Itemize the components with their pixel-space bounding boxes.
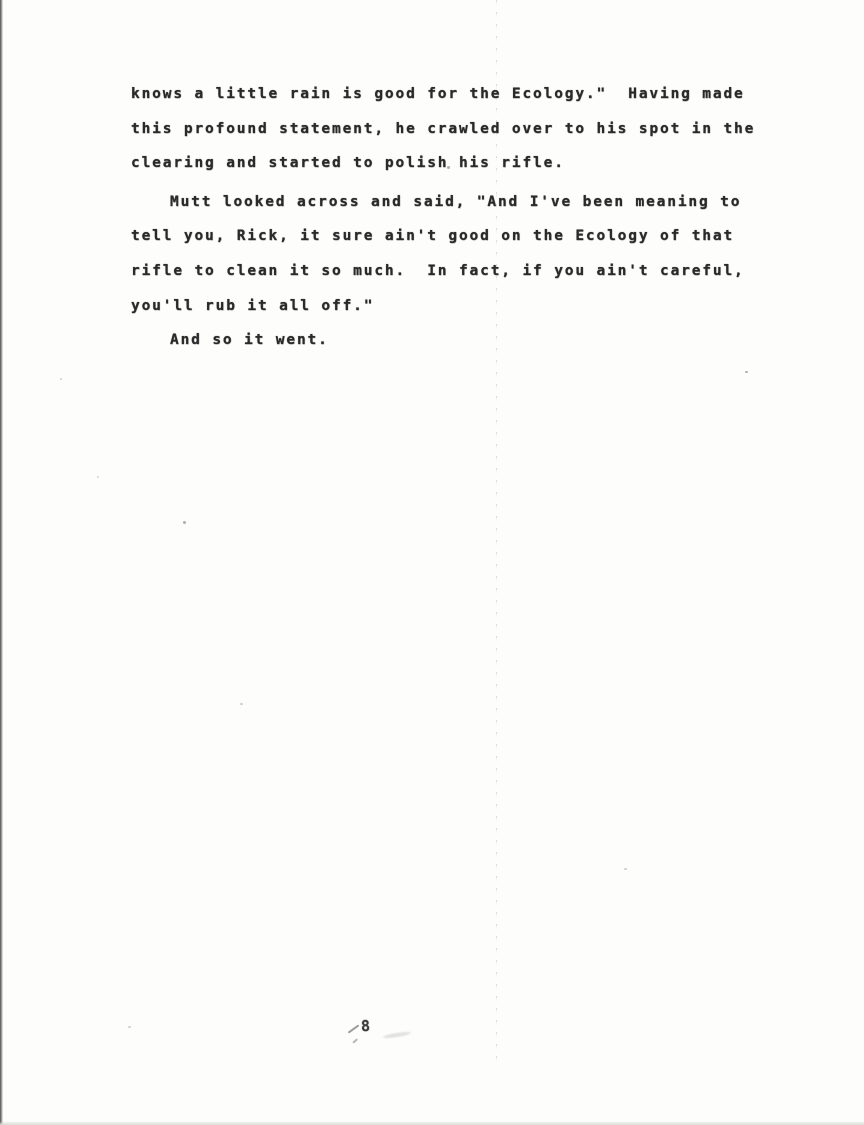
scan-speck: [60, 378, 62, 380]
text-line: And so it went.: [131, 332, 791, 367]
ink-smudge: [348, 1024, 360, 1033]
scan-speck: [128, 1026, 131, 1028]
body-text: knows a little rain is good for the Ecol…: [131, 86, 791, 367]
text-line: clearing and started to polish his rifle…: [131, 155, 791, 190]
text-line: you'll rub it all off.": [131, 298, 791, 333]
text-line: tell you, Rick, it sure ain't good on th…: [131, 228, 791, 263]
text-line: knows a little rain is good for the Ecol…: [131, 86, 791, 121]
page-number: 8: [361, 1017, 371, 1035]
scan-speck: [183, 521, 186, 524]
scanned-document-page: knows a little rain is good for the Ecol…: [0, 0, 864, 1125]
scan-speck: [97, 476, 99, 478]
text-line: rifle to clean it so much. In fact, if y…: [131, 263, 791, 298]
scan-speck: [624, 868, 627, 870]
ink-smudge: [352, 1038, 358, 1043]
scan-left-edge: [0, 0, 3, 1125]
text-line: Mutt looked across and said, "And I've b…: [131, 194, 791, 229]
scan-speck: [240, 703, 243, 705]
ink-smudge: [383, 1031, 411, 1039]
text-line: this profound statement, he crawled over…: [131, 121, 791, 156]
scan-speck: [745, 371, 748, 373]
scan-speck: [447, 166, 450, 169]
